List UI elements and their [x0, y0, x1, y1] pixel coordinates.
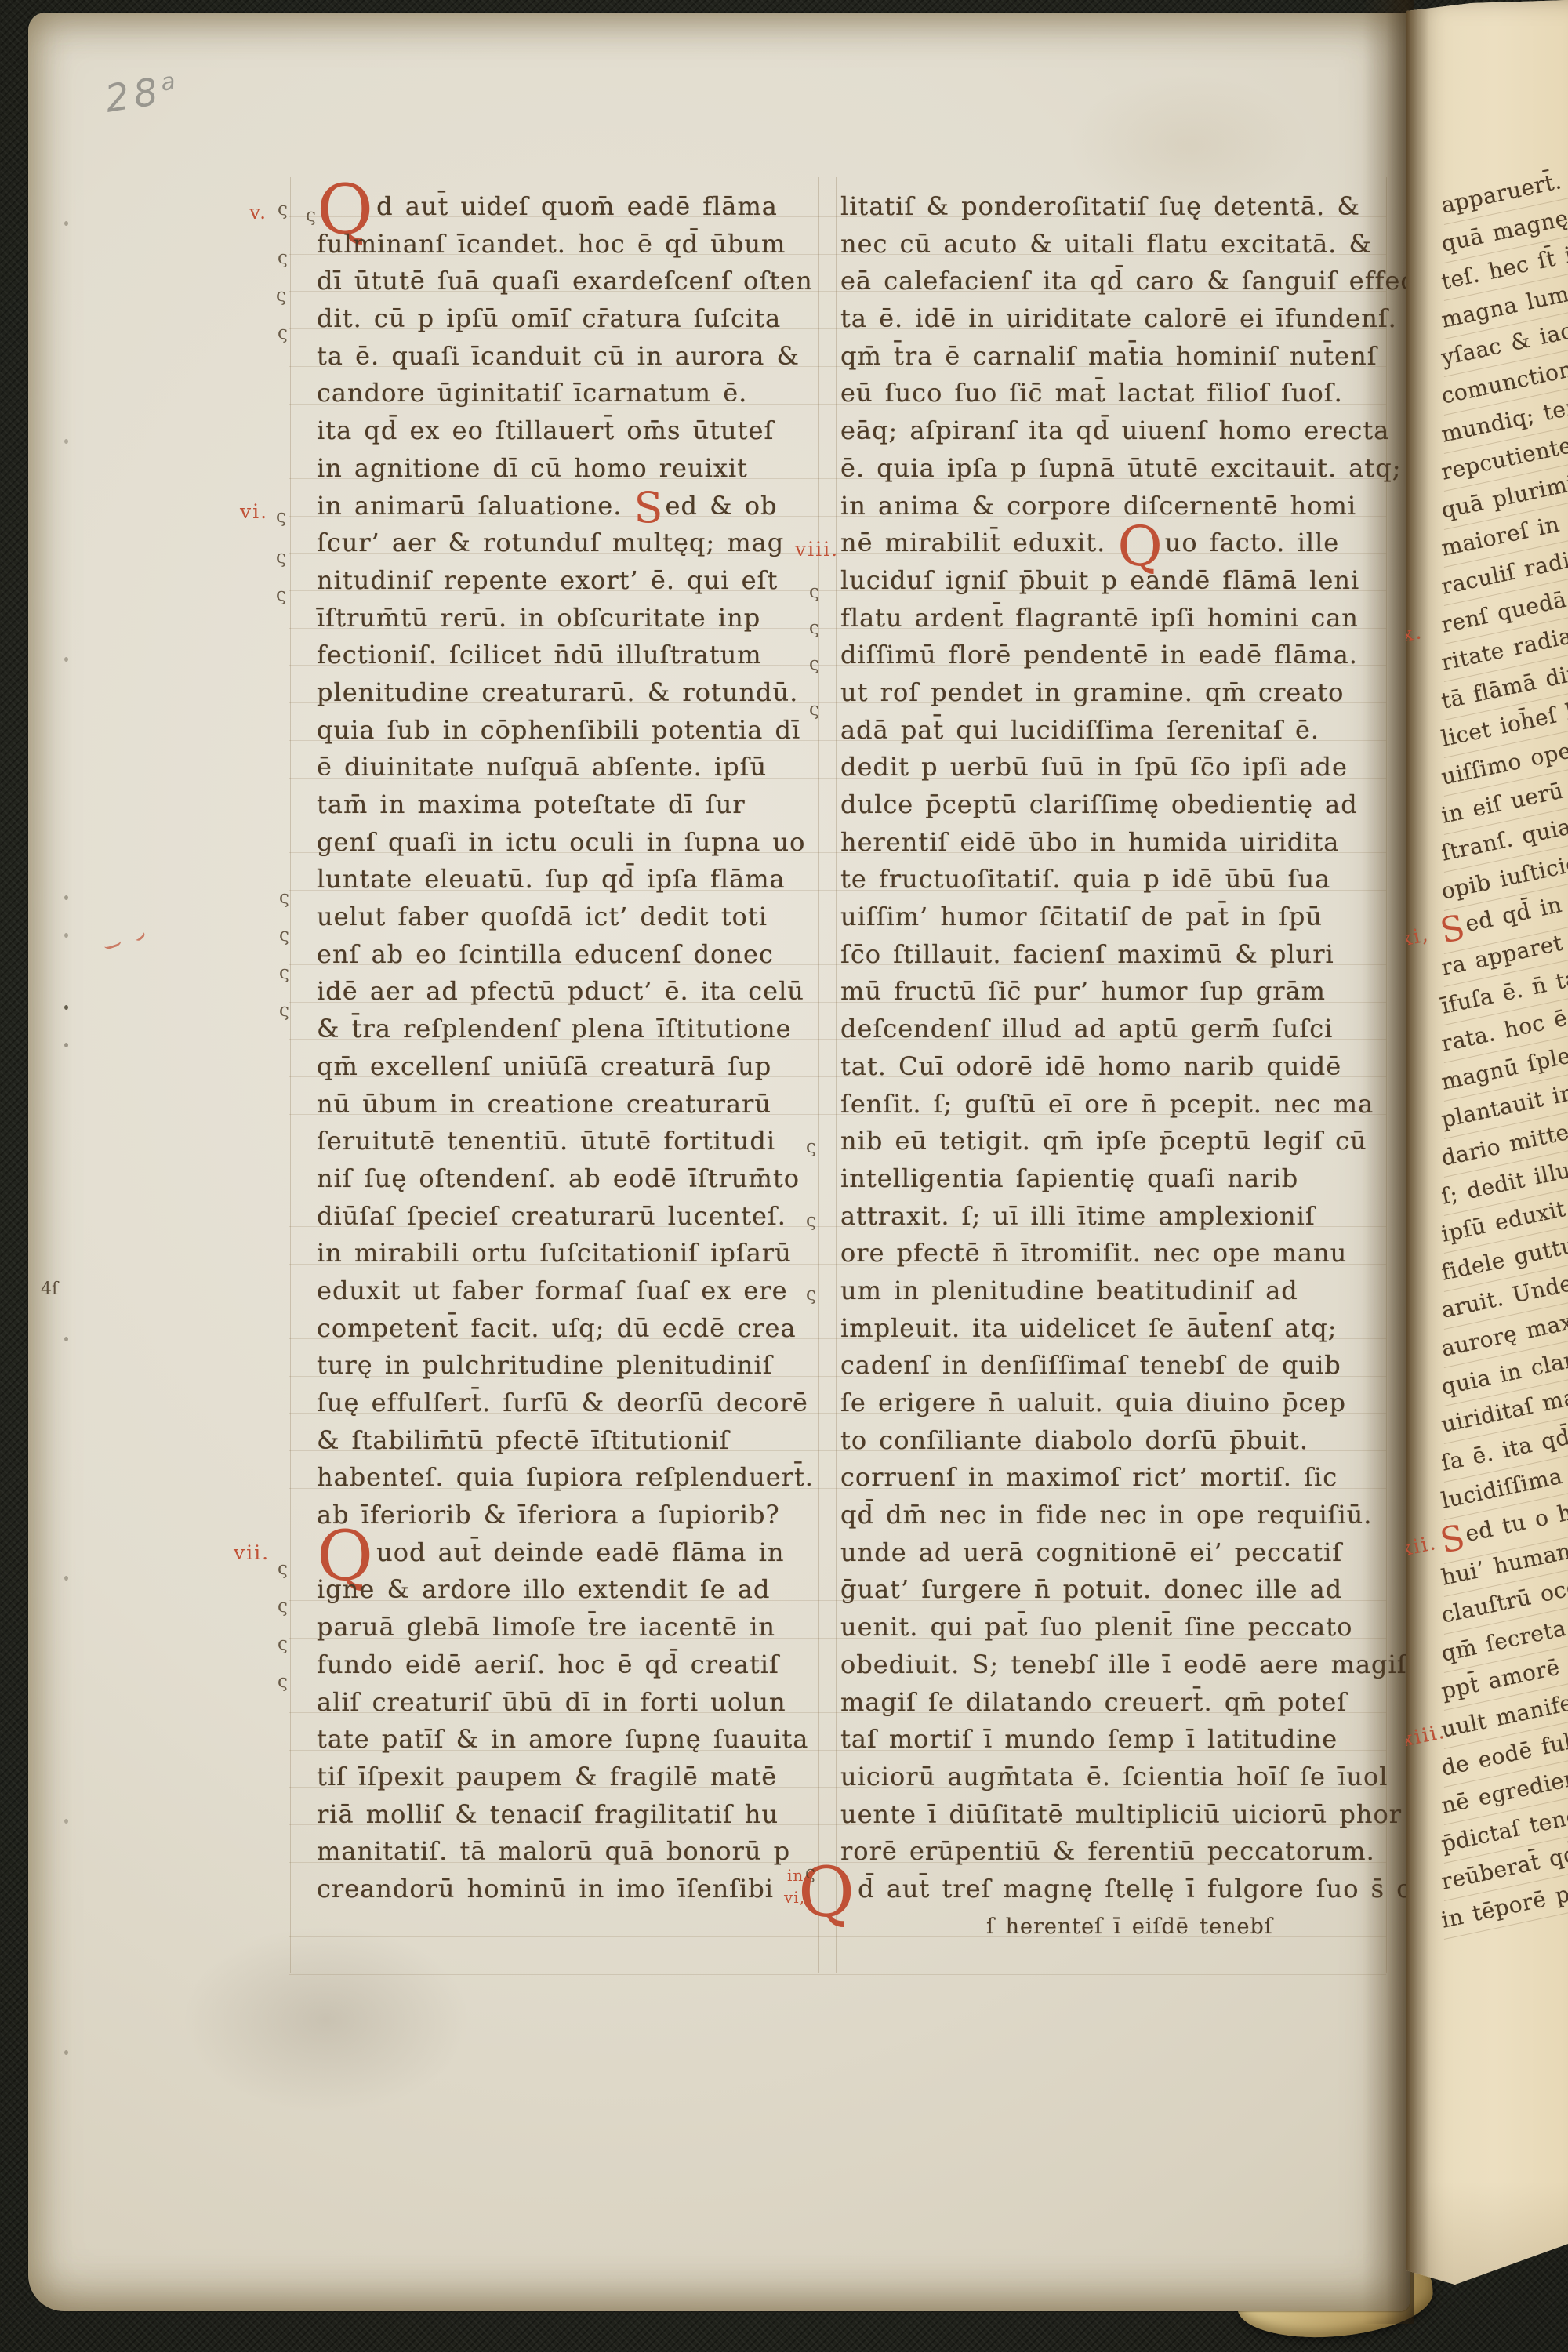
text-line: intelligentia ſapientię quaſi narib	[840, 1160, 1389, 1198]
text-line: ē diuinitate nuſquā abſente. ipſū	[317, 749, 834, 786]
pricking-hole	[64, 895, 68, 900]
pricking-hole	[64, 1576, 68, 1581]
text-line: diſſimū florē pendentē in eadē flāma.	[840, 637, 1389, 674]
margin-mark: ς	[278, 1560, 288, 1578]
text-line: in mirabili ortu ſuſcitationiſ ipſarū	[317, 1235, 834, 1272]
text-line: ſc̄o ſtillauit. facienſ maximū & pluri	[840, 936, 1389, 974]
text-line: cadenſ in denſiſſimaſ tenebſ de quib	[840, 1347, 1389, 1385]
text-line: nitudiniſ repente exort’ ē. qui eſt	[317, 562, 834, 600]
margin-mark: ς	[806, 1138, 816, 1156]
pricking-hole	[64, 657, 68, 662]
text-line: ſe erigere n̄ ualuit. quia diuino p̄cep	[840, 1385, 1389, 1422]
text-line: īſtrum̄tū rerū. in obſcuritate inp	[317, 600, 834, 637]
text-line: nib eū tetigit. qm̄ ipſe p̄ceptū legiſ c…	[840, 1123, 1389, 1160]
facing-page-text: apparuert̄. & pquā magnę plteſ. hec ſt̄ …	[1444, 0, 1568, 2321]
text-line: ab īferiorib & īferiora a ſupiorib?	[317, 1497, 834, 1534]
margin-mark: ς	[276, 508, 286, 526]
ruling-line	[289, 1974, 1386, 1975]
text-line: to conſiliante diabolo dorſū p̄buit.	[840, 1422, 1389, 1460]
text-line: ḡuat’ ſurgere n̄ potuit. donec ille ad	[840, 1571, 1389, 1609]
text-line: adā pat̄ qui lucidiſſima ſerenitaſ ē.	[840, 712, 1389, 750]
text-line: uenit. qui pat̄ ſuo plenit̄ ſine peccato	[840, 1609, 1389, 1646]
margin-mark: ς	[278, 1673, 288, 1691]
text-line: riā molliſ & tenaciſ fragilitatiſ hu	[317, 1796, 834, 1834]
chapter-numeral: xi,	[1406, 924, 1431, 949]
text-line: tat. Cuī odorē idē homo narib quidē	[840, 1048, 1389, 1086]
margin-mark: ς	[278, 249, 288, 267]
chapter-numeral: xiii.	[1406, 1722, 1447, 1750]
text-line: ſuę effulſert̄. ſurſū & deorſū decorē	[317, 1385, 834, 1422]
margin-mark: ς	[279, 927, 289, 945]
text-line: dedit p uerbū ſuū in ſpū ſc̄o ipſi ade	[840, 749, 1389, 786]
facing-page-edge: apparuert̄. & pquā magnę plteſ. hec ſt̄ …	[1406, 0, 1568, 2321]
text-line: qm̄ excellenſ uniūſā creaturā ſup	[317, 1048, 834, 1086]
chapter-numeral: xii.	[1406, 1533, 1439, 1559]
pricking-hole	[64, 933, 68, 938]
text-line: fectioniſ. ſcilicet n̄dū illuſtratum	[317, 637, 834, 674]
text-column-left: Qd aut̄ uideſ quom̄ eadē flāmafulminanſ …	[317, 188, 834, 1908]
pricking-hole	[64, 221, 68, 226]
text-line: tate patīſ & in amore ſupnę ſuauita	[317, 1721, 834, 1759]
ruling-line-vertical	[290, 177, 291, 1973]
margin-mark: ς	[276, 549, 286, 567]
text-line: ta ē. idē in uiriditate calorē ei īfunde…	[840, 300, 1389, 338]
text-line: tam̄ in maxima poteſtate dī ſur	[317, 786, 834, 824]
text-line: te fructuoſitatiſ. quia p idē ūbū ſua	[840, 861, 1389, 898]
text-line: dulce p̄ceptū clariſſimę obedientię ad	[840, 786, 1389, 824]
ruling-line-vertical	[836, 177, 837, 1973]
text-line: paruā glebā limoſe t̄re iacentē in	[317, 1609, 834, 1646]
text-line: plenitudine creaturarū. & rotundū.	[317, 674, 834, 712]
text-line: idē aer ad pfectū pduct’ ē. ita celū	[317, 973, 834, 1011]
text-line: qm̄ t̄ra ē carnaliſ mat̄ia hominiſ nut̄e…	[840, 338, 1389, 376]
pricking-hole	[64, 1005, 68, 1010]
chapter-numeral: v.	[249, 202, 267, 222]
text-line: Quod aut̄ deinde eadē flāma in	[317, 1534, 834, 1572]
text-line: litatiſ & ponderoſitatiſ ſuę detentā. &	[840, 188, 1389, 226]
folio-digits: 28	[102, 69, 165, 122]
margin-mark: ς	[809, 655, 819, 673]
chapter-numeral: viii.	[795, 539, 839, 559]
margin-mark: ς	[806, 1286, 816, 1304]
text-column-right: litatiſ & ponderoſitatiſ ſuę detentā. &n…	[840, 188, 1389, 1945]
text-line: uiſſim’ humor ſc̄itatiſ de pat̄ in ſpū	[840, 898, 1389, 936]
text-line: enſ ab eo ſcintilla educenſ donec	[317, 936, 834, 974]
pricking-hole	[64, 2050, 68, 2055]
chapter-numeral: vi.	[240, 502, 268, 521]
text-line: Qd̄ aut̄ treſ magnę ſtellę ī fulgore ſuo…	[840, 1871, 1389, 1908]
text-line: ta ē. quaſi īcanduit cū in aurora &	[317, 338, 834, 376]
margin-mark: ς	[806, 1212, 816, 1230]
pricking-hole	[64, 1819, 68, 1824]
text-line: habenteſ. quia ſupiora reſplenduert̄.	[317, 1459, 834, 1497]
pricking-hole	[64, 1337, 68, 1341]
text-line: in animarū ſaluatione. Sed & ob	[317, 488, 834, 525]
text-line: competent̄ facit. uſq; dū ecdē crea	[317, 1310, 834, 1348]
text-line: igne & ardore illo extendit ſe ad	[317, 1571, 834, 1609]
text-line: obediuit. S; tenebſ ille ī eodē aere mag…	[840, 1646, 1389, 1684]
text-line: corruenſ in maximoſ rict’ mortiſ. ſic	[840, 1459, 1389, 1497]
text-line: dī ūtutē ſuā quaſi exardeſcenſ oſten	[317, 263, 834, 300]
text-line: flatu ardent̄ flagrantē ipſi homini can	[840, 600, 1389, 637]
margin-mark: 4ſ	[41, 1281, 58, 1298]
text-line: ſcur’ aer & rotunduſ multęq; mag	[317, 524, 834, 562]
text-line: tiſ īſpexit paupem & fragilē matē	[317, 1759, 834, 1796]
text-line: ſ herenteſ ī eiſdē tenebſ	[840, 1908, 1389, 1946]
pricking-hole	[64, 439, 68, 444]
text-line: ē. quia ipſa p ſupnā ūtutē excitauit. at…	[840, 450, 1389, 488]
margin-mark: ς	[809, 701, 819, 719]
text-line: nē mirabilit̄ eduxit. Quo facto. ille	[840, 524, 1389, 562]
text-line: eduxit ut faber formaſ ſuaſ ex ere	[317, 1272, 834, 1310]
chapter-numeral: vii.	[234, 1543, 270, 1563]
text-line: rorē erūpentiū & ferentiū peccatorum.	[840, 1833, 1389, 1871]
margin-mark: ς	[278, 201, 288, 219]
text-line: attraxit. ſ; uī illi ītime amplexioniſ	[840, 1198, 1389, 1236]
text-line: quia ſub in cōphenſibili potentia dī	[317, 712, 834, 750]
text-line: herentiſ eidē ūbo in humida uiridita	[840, 824, 1389, 862]
margin-mark: ς	[278, 1635, 288, 1653]
text-line: fundo eidē aeriſ. hoc ē qd̄ creatiſ	[317, 1646, 834, 1684]
text-line: qd̄ dm̄ nec in fide nec in ope requiſiū.	[840, 1497, 1389, 1534]
text-line: ut roſ pendet in gramine. qm̄ creato	[840, 674, 1389, 712]
chapter-numeral: x.	[1406, 621, 1424, 644]
text-line: impleuit. ita uidelicet ſe āut̄enſ atq;	[840, 1310, 1389, 1348]
text-line: um in plenitudine beatitudiniſ ad	[840, 1272, 1389, 1310]
margin-mark: ς	[306, 207, 316, 225]
text-line: nec cū acuto & uitali flatu excitatā. &	[840, 226, 1389, 263]
text-line: fulminanſ īcandet. hoc ē qd̄ ūbum	[317, 226, 834, 263]
margin-mark: ς	[809, 619, 819, 637]
text-line: uiciorū augm̄tata ē. ſcientia hoīſ ſe īu…	[840, 1759, 1389, 1796]
text-line: nū ūbum in creatione creaturarū	[317, 1086, 834, 1123]
text-line: & t̄ra reſplendenſ plena īſtitutione	[317, 1011, 834, 1048]
text-line: manitatiſ. tā malorū quā bonorū p	[317, 1833, 834, 1871]
margin-mark: ς	[276, 586, 286, 604]
text-line: mū fructū ſic̄ pur’ humor ſup grām	[840, 973, 1389, 1011]
text-line: creandorū hominū in imo īſenſibi	[317, 1871, 834, 1908]
text-line: taſ mortiſ ī mundo ſemp ī latitudine	[840, 1721, 1389, 1759]
margin-mark: ς	[279, 1002, 289, 1020]
text-line: niſ ſuę oſtendenſ. ab eodē īſtrum̄to	[317, 1160, 834, 1198]
text-line: eā calefacienſ ita qd̄ caro & ſanguiſ ef…	[840, 263, 1389, 300]
text-line: luntate eleuatū. ſup qd̄ ipſa flāma	[317, 861, 834, 898]
text-line: candore ūginitatiſ īcarnatum ē.	[317, 375, 834, 412]
margin-mark: ς	[279, 964, 289, 982]
text-line: diūſaſ ſpecieſ creaturarū lucenteſ.	[317, 1198, 834, 1236]
text-line: dit. cū p ipſū omīſ cr̄atura ſuſcita	[317, 300, 834, 338]
text-line: ita qd̄ ex eo ſtillauert̄ om̄s ūtuteſ	[317, 412, 834, 450]
text-line: in agnitione dī cū homo reuixit	[317, 450, 834, 488]
text-line: deſcendenſ illud ad aptū germ̄ ſuſci	[840, 1011, 1389, 1048]
chapter-numeral: vi,	[784, 1889, 805, 1905]
text-line: genſ quaſi in ictu oculi in ſupna uo	[317, 824, 834, 862]
text-line: Qd aut̄ uideſ quom̄ eadē flāma	[317, 188, 834, 226]
margin-mark: ς	[805, 1864, 815, 1882]
margin-mark: ς	[276, 287, 286, 305]
pricking-hole	[64, 1043, 68, 1047]
text-line: uente ī diūſitatē multipliciū uiciorū ph…	[840, 1796, 1389, 1834]
text-line: & ſtabilim̄tū pfectē īſtitutioniſ	[317, 1422, 834, 1460]
text-line: luciduſ igniſ p̄buit p eandē flāmā leni	[840, 562, 1389, 600]
margin-mark: ς	[278, 325, 288, 343]
text-line: turę in pulchritudine plenitudiniſ	[317, 1347, 834, 1385]
text-line: uelut faber quoſdā ict’ dedit toti	[317, 898, 834, 936]
margin-mark: ς	[809, 583, 819, 601]
text-line: magiſ ſe dilatando creuert̄. qm̄ poteſ	[840, 1684, 1389, 1722]
text-line: aliſ creaturiſ ūbū dī in forti uolun	[317, 1684, 834, 1722]
margin-mark: ς	[278, 1598, 288, 1616]
text-line: eū ſuco ſuo ſic̄ mat̄ lactat filioſ ſuoſ…	[840, 375, 1389, 412]
text-line: eāq; aſpiranſ ita qd̄ uiuenſ homo erecta	[840, 412, 1389, 450]
text-line: unde ad uerā cognitionē ei’ peccatiſ	[840, 1534, 1389, 1572]
text-line: ſeruitutē tenentiū. ūtutē fortitudi	[317, 1123, 834, 1160]
text-line: in anima & corpore diſcernentē homi	[840, 488, 1389, 525]
text-line: ſenſit. ſ; guſtū eī ore n̄ pcepit. nec m…	[840, 1086, 1389, 1123]
manuscript-photo: 28a Qd aut̄ uideſ quom̄ eadē flāmafulmin…	[0, 0, 1568, 2352]
text-line: ore pfectē n̄ ītromiſit. nec ope manu	[840, 1235, 1389, 1272]
margin-mark: ς	[279, 889, 289, 907]
